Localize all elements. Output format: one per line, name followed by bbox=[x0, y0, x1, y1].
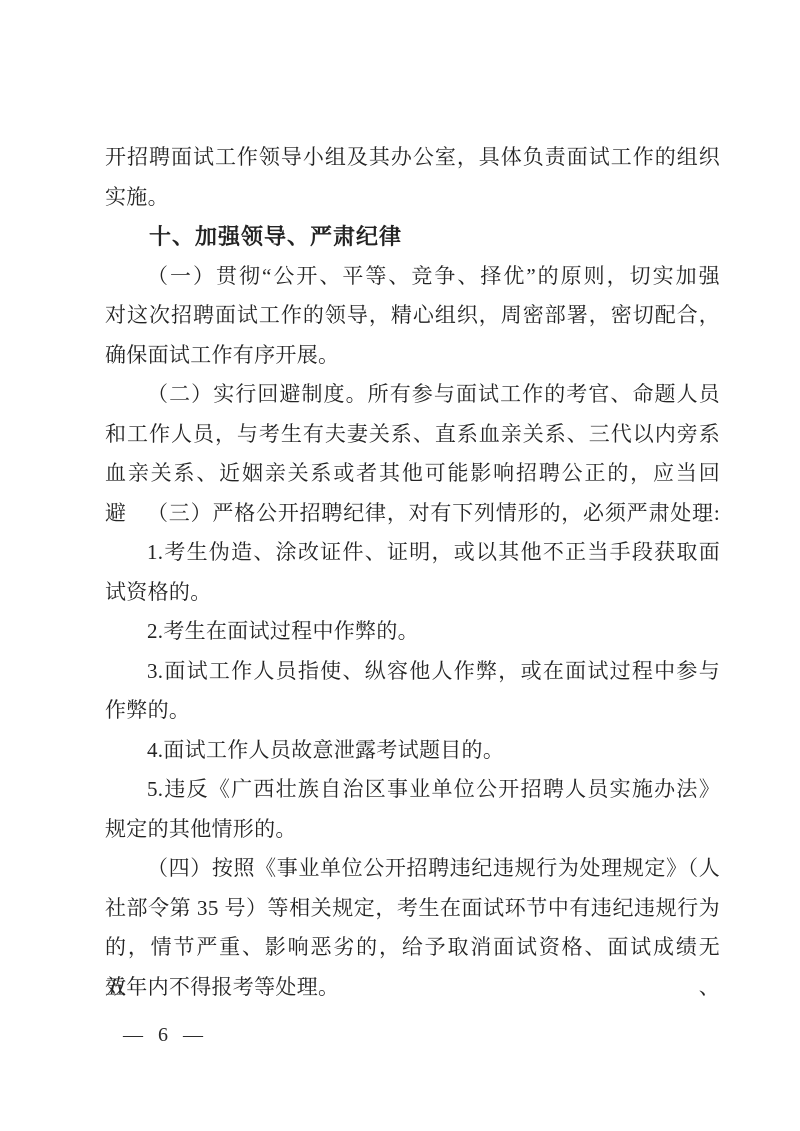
body-line-1: 开招聘面试工作领导小组及其办公室，具体负责面试工作的组织 bbox=[105, 138, 720, 178]
page-number: 6 bbox=[158, 1022, 168, 1048]
body-line-13: 2.考生在面试过程中作弊的。 bbox=[105, 612, 720, 652]
document-text: 开招聘面试工作领导小组及其办公室，具体负责面试工作的组织 实施。 十、加强领导、… bbox=[105, 138, 720, 1007]
body-line-8: 和工作人员，与考生有夫妻关系、直系血亲关系、三代以内旁系 bbox=[105, 415, 720, 455]
section-heading: 十、加强领导、严肃纪律 bbox=[105, 217, 720, 257]
body-line-19: （四）按照《事业单位公开招聘违纪违规行为处理规定》（人 bbox=[105, 849, 720, 889]
body-line-12: 试资格的。 bbox=[105, 573, 720, 613]
body-line-17: 5.违反《广西壮族自治区事业单位公开招聘人员实施办法》 bbox=[105, 770, 720, 810]
body-line-5: 对这次招聘面试工作的领导，精心组织，周密部署，密切配合， bbox=[105, 296, 720, 336]
body-line-11: 1.考生伪造、涂改证件、证明，或以其他不正当手段获取面 bbox=[105, 533, 720, 573]
body-line-2: 实施。 bbox=[105, 178, 720, 218]
body-line-18: 规定的其他情形的。 bbox=[105, 810, 720, 850]
page-footer: — 6 — bbox=[123, 1022, 720, 1048]
body-line-14: 3.面试工作人员指使、纵容他人作弊，或在面试过程中参与 bbox=[105, 652, 720, 692]
body-line-21: 的，情节严重、影响恶劣的，给予取消面试资格、面试成绩无效、 bbox=[105, 928, 720, 968]
body-line-4: （一）贯彻“公开、平等、竞争、择优”的原则，切实加强 bbox=[105, 257, 720, 297]
body-line-10: （三）严格公开招聘纪律，对有下列情形的，必须严肃处理: bbox=[105, 494, 720, 534]
footer-dash-left: — bbox=[123, 1022, 143, 1048]
body-line-9: 血亲关系、近姻亲关系或者其他可能影响招聘公正的，应当回避。 bbox=[105, 454, 720, 494]
body-line-20: 社部令第 35 号）等相关规定，考生在面试环节中有违纪违规行为 bbox=[105, 889, 720, 929]
body-line-7: （二）实行回避制度。所有参与面试工作的考官、命题人员 bbox=[105, 375, 720, 415]
footer-dash-right: — bbox=[183, 1022, 203, 1048]
body-line-16: 4.面试工作人员故意泄露考试题目的。 bbox=[105, 731, 720, 771]
body-line-6: 确保面试工作有序开展。 bbox=[105, 336, 720, 376]
body-line-15: 作弊的。 bbox=[105, 691, 720, 731]
document-page: 开招聘面试工作领导小组及其办公室，具体负责面试工作的组织 实施。 十、加强领导、… bbox=[0, 0, 800, 1131]
